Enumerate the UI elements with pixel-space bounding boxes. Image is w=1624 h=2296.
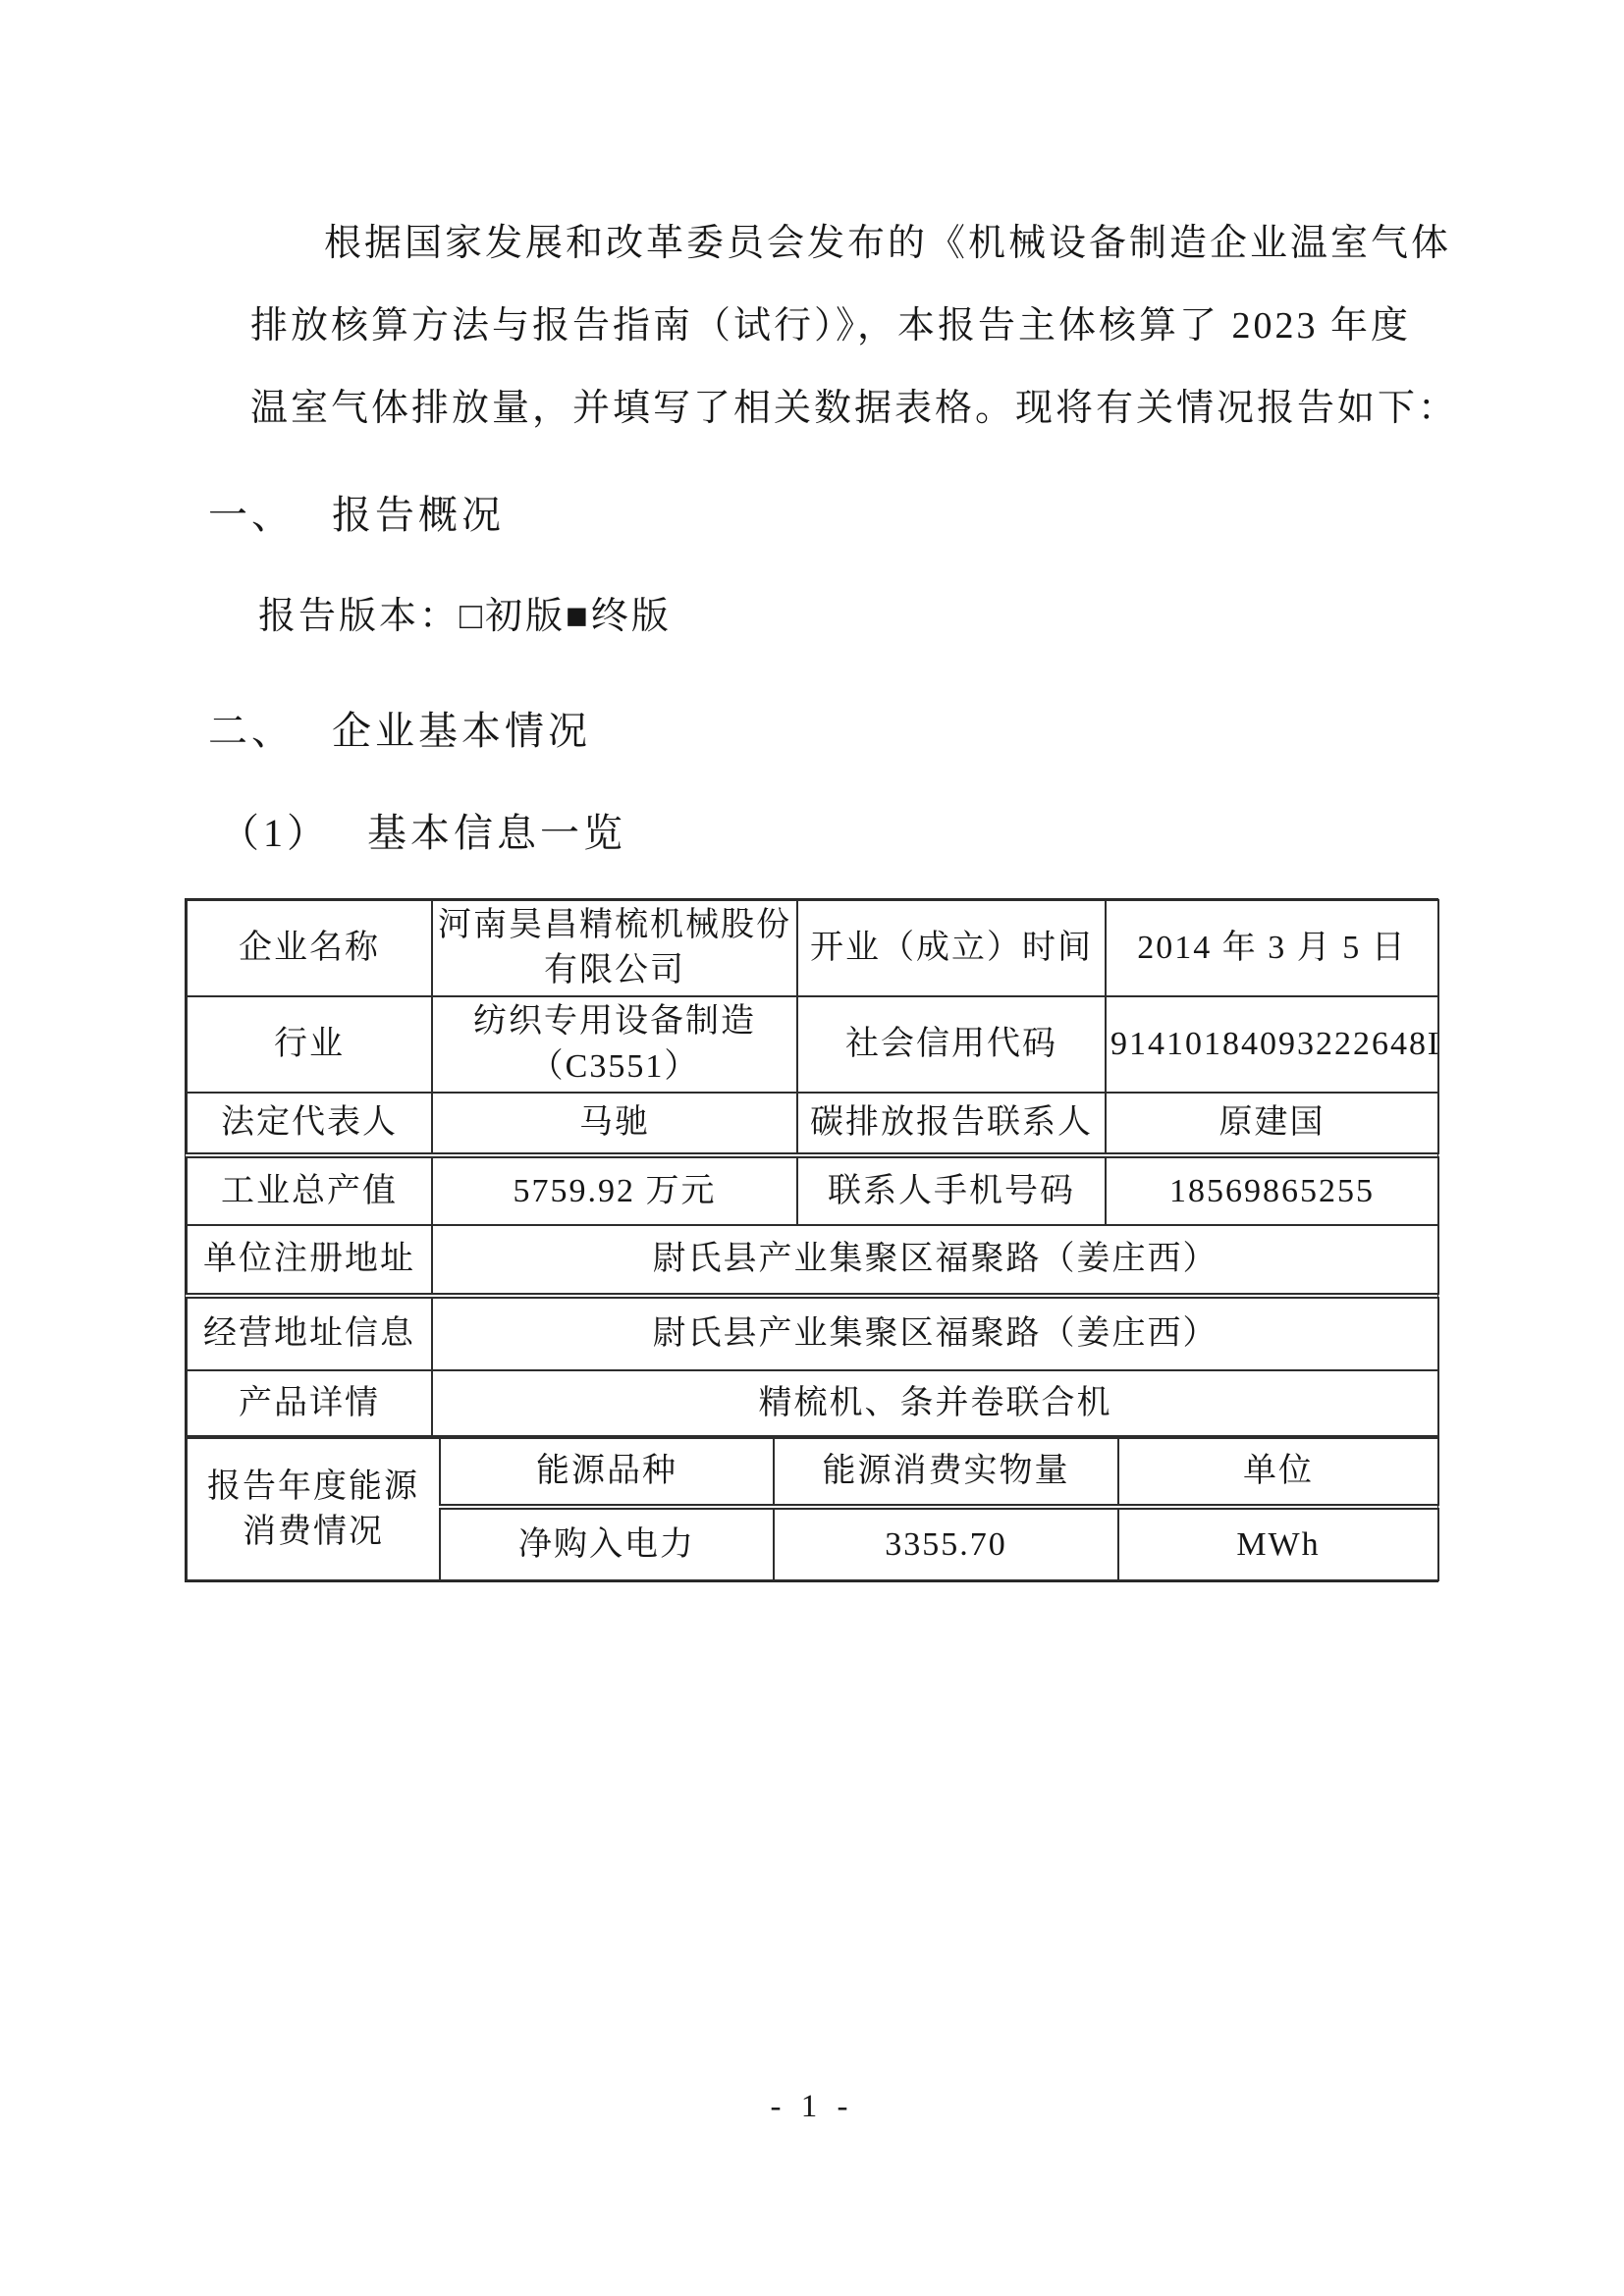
paragraph-line-3: 温室气体排放量，并填写了相关数据表格。现将有关情况报告如下： (250, 385, 1458, 432)
cell-energy-unit-value: MWh (1118, 1507, 1438, 1580)
basic-info-table: 企业名称 河南昊昌精梳机械股份 有限公司 开业（成立）时间 2014 年 3 月… (185, 898, 1438, 1582)
table-row: 法定代表人 马驰 碳排放报告联系人 原建国 (187, 1093, 1438, 1155)
cell-output-value-label: 工业总产值 (187, 1155, 432, 1225)
cell-energy-type-value: 净购入电力 (440, 1507, 774, 1580)
section-1-title: 报告概况 (332, 493, 505, 537)
section-heading-2: 二、企业基本情况 (208, 707, 591, 756)
cell-legal-rep-value: 马驰 (432, 1093, 797, 1155)
table-row: 工业总产值 5759.92 万元 联系人手机号码 18569865255 (187, 1155, 1438, 1225)
cell-business-address-label: 经营地址信息 (187, 1296, 432, 1370)
basic-info-table-energy: 报告年度能源 消费情况 能源品种 能源消费实物量 单位 净购入电力 3355.7… (186, 1437, 1439, 1581)
cell-output-value-value: 5759.92 万元 (432, 1155, 797, 1225)
basic-info-table-upper: 企业名称 河南昊昌精梳机械股份 有限公司 开业（成立）时间 2014 年 3 月… (186, 899, 1439, 1437)
paragraph-line-1: 根据国家发展和改革委员会发布的《机械设备制造企业温室气体 (324, 220, 1451, 267)
cell-carbon-contact-value: 原建国 (1106, 1093, 1438, 1155)
table-row: 企业名称 河南昊昌精梳机械股份 有限公司 开业（成立）时间 2014 年 3 月… (187, 900, 1438, 996)
cell-phone-label: 联系人手机号码 (797, 1155, 1106, 1225)
section-2-title: 企业基本情况 (332, 709, 591, 753)
cell-product-detail-value: 精梳机、条并卷联合机 (432, 1370, 1438, 1436)
paragraph-line-2: 排放核算方法与报告指南（试行）》，本报告主体核算了 2023 年度 (250, 302, 1411, 349)
table-row: 经营地址信息 尉氏县产业集聚区福聚路（姜庄西） (187, 1296, 1438, 1370)
cell-business-address-value: 尉氏县产业集聚区福聚路（姜庄西） (432, 1296, 1438, 1370)
cell-energy-unit-header: 单位 (1118, 1438, 1438, 1507)
table-row: 报告年度能源 消费情况 能源品种 能源消费实物量 单位 (187, 1438, 1438, 1507)
cell-industry-label: 行业 (187, 996, 432, 1093)
report-version-line: 报告版本：□初版■终版 (258, 593, 672, 640)
subsection-heading-1: （1）基本信息一览 (220, 809, 626, 858)
cell-registered-address-value: 尉氏县产业集聚区福聚路（姜庄西） (432, 1225, 1438, 1296)
cell-company-name-label: 企业名称 (187, 900, 432, 996)
table-row: 行业 纺织专用设备制造 （C3551） 社会信用代码 9141018409322… (187, 996, 1438, 1093)
cell-energy-amount-value: 3355.70 (774, 1507, 1118, 1580)
section-heading-1: 一、报告概况 (208, 491, 505, 540)
cell-legal-rep-label: 法定代表人 (187, 1093, 432, 1155)
cell-company-name-value: 河南昊昌精梳机械股份 有限公司 (432, 900, 797, 996)
section-2-number: 二、 (208, 709, 295, 753)
cell-product-detail-label: 产品详情 (187, 1370, 432, 1436)
cell-energy-consumption-label: 报告年度能源 消费情况 (187, 1438, 440, 1580)
cell-energy-type-header: 能源品种 (440, 1438, 774, 1507)
cell-phone-value: 18569865255 (1106, 1155, 1438, 1225)
cell-founding-date-value: 2014 年 3 月 5 日 (1106, 900, 1438, 996)
cell-credit-code-value: 91410184093222648L (1106, 996, 1438, 1093)
cell-founding-date-label: 开业（成立）时间 (797, 900, 1106, 996)
cell-registered-address-label: 单位注册地址 (187, 1225, 432, 1296)
subsection-1-title: 基本信息一览 (367, 811, 626, 855)
cell-carbon-contact-label: 碳排放报告联系人 (797, 1093, 1106, 1155)
page-number: - 1 - (0, 2089, 1624, 2125)
cell-credit-code-label: 社会信用代码 (797, 996, 1106, 1093)
cell-energy-amount-header: 能源消费实物量 (774, 1438, 1118, 1507)
table-row: 产品详情 精梳机、条并卷联合机 (187, 1370, 1438, 1436)
document-page: 根据国家发展和改革委员会发布的《机械设备制造企业温室气体 排放核算方法与报告指南… (0, 0, 1624, 2296)
section-1-number: 一、 (208, 493, 295, 537)
table-row: 单位注册地址 尉氏县产业集聚区福聚路（姜庄西） (187, 1225, 1438, 1296)
subsection-1-number: （1） (220, 811, 330, 855)
cell-industry-value: 纺织专用设备制造 （C3551） (432, 996, 797, 1093)
